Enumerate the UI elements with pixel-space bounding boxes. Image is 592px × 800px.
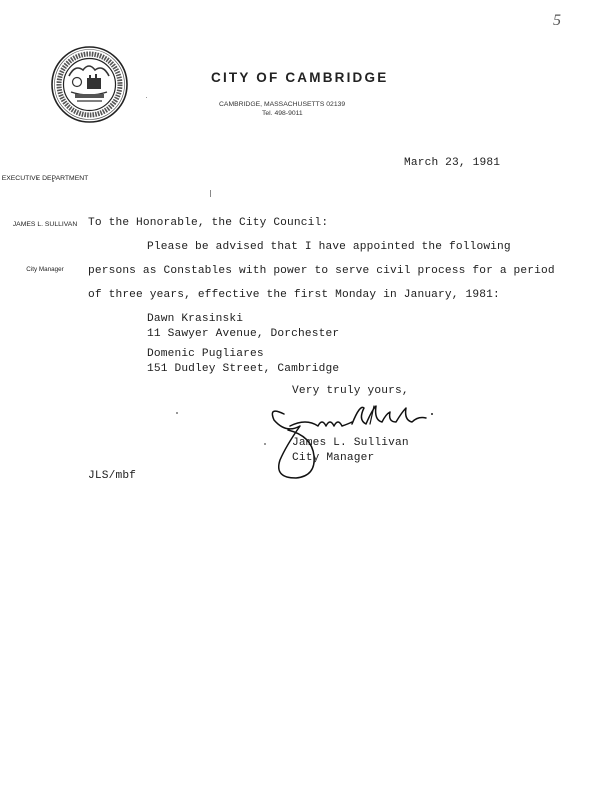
scan-speck [52,180,54,182]
scan-mark [210,190,211,197]
official-title: City Manager [0,265,90,275]
city-address: CAMBRIDGE, MASSACHUSETTS 02139 [219,101,345,108]
signer-title: City Manager [292,452,374,464]
closing: Very truly yours, [292,385,409,397]
official-name: JAMES L. SULLIVAN [0,220,90,230]
signer-name: James L. Sullivan [292,437,409,449]
body-line-1: Please be advised that I have appointed … [147,241,511,253]
letter-date: March 23, 1981 [404,157,500,169]
body-line-2: persons as Constables with power to serv… [88,265,555,277]
city-telephone: Tel. 498-9011 [262,110,303,117]
appointee-address: 11 Sawyer Avenue, Dorchester [147,328,339,340]
scan-speck [36,178,38,180]
scan-speck [146,97,147,98]
appointee-name: Domenic Pugliares [147,348,264,360]
appointee-name: Dawn Krasinski [147,313,243,325]
body-line-3: of three years, effective the first Mond… [88,289,500,301]
scan-speck [176,412,178,414]
department-block: EXECUTIVE DEPARTMENT JAMES L. SULLIVAN C… [0,138,90,293]
city-seal-icon [51,46,128,123]
reference-initials: JLS/mbf [88,470,136,482]
appointee-address: 151 Dudley Street, Cambridge [147,363,339,375]
city-title: CITY OF CAMBRIDGE [211,70,388,85]
department-name: EXECUTIVE DEPARTMENT [0,174,90,184]
page-number-mark: 5 [553,12,561,30]
salutation: To the Honorable, the City Council: [88,217,328,229]
